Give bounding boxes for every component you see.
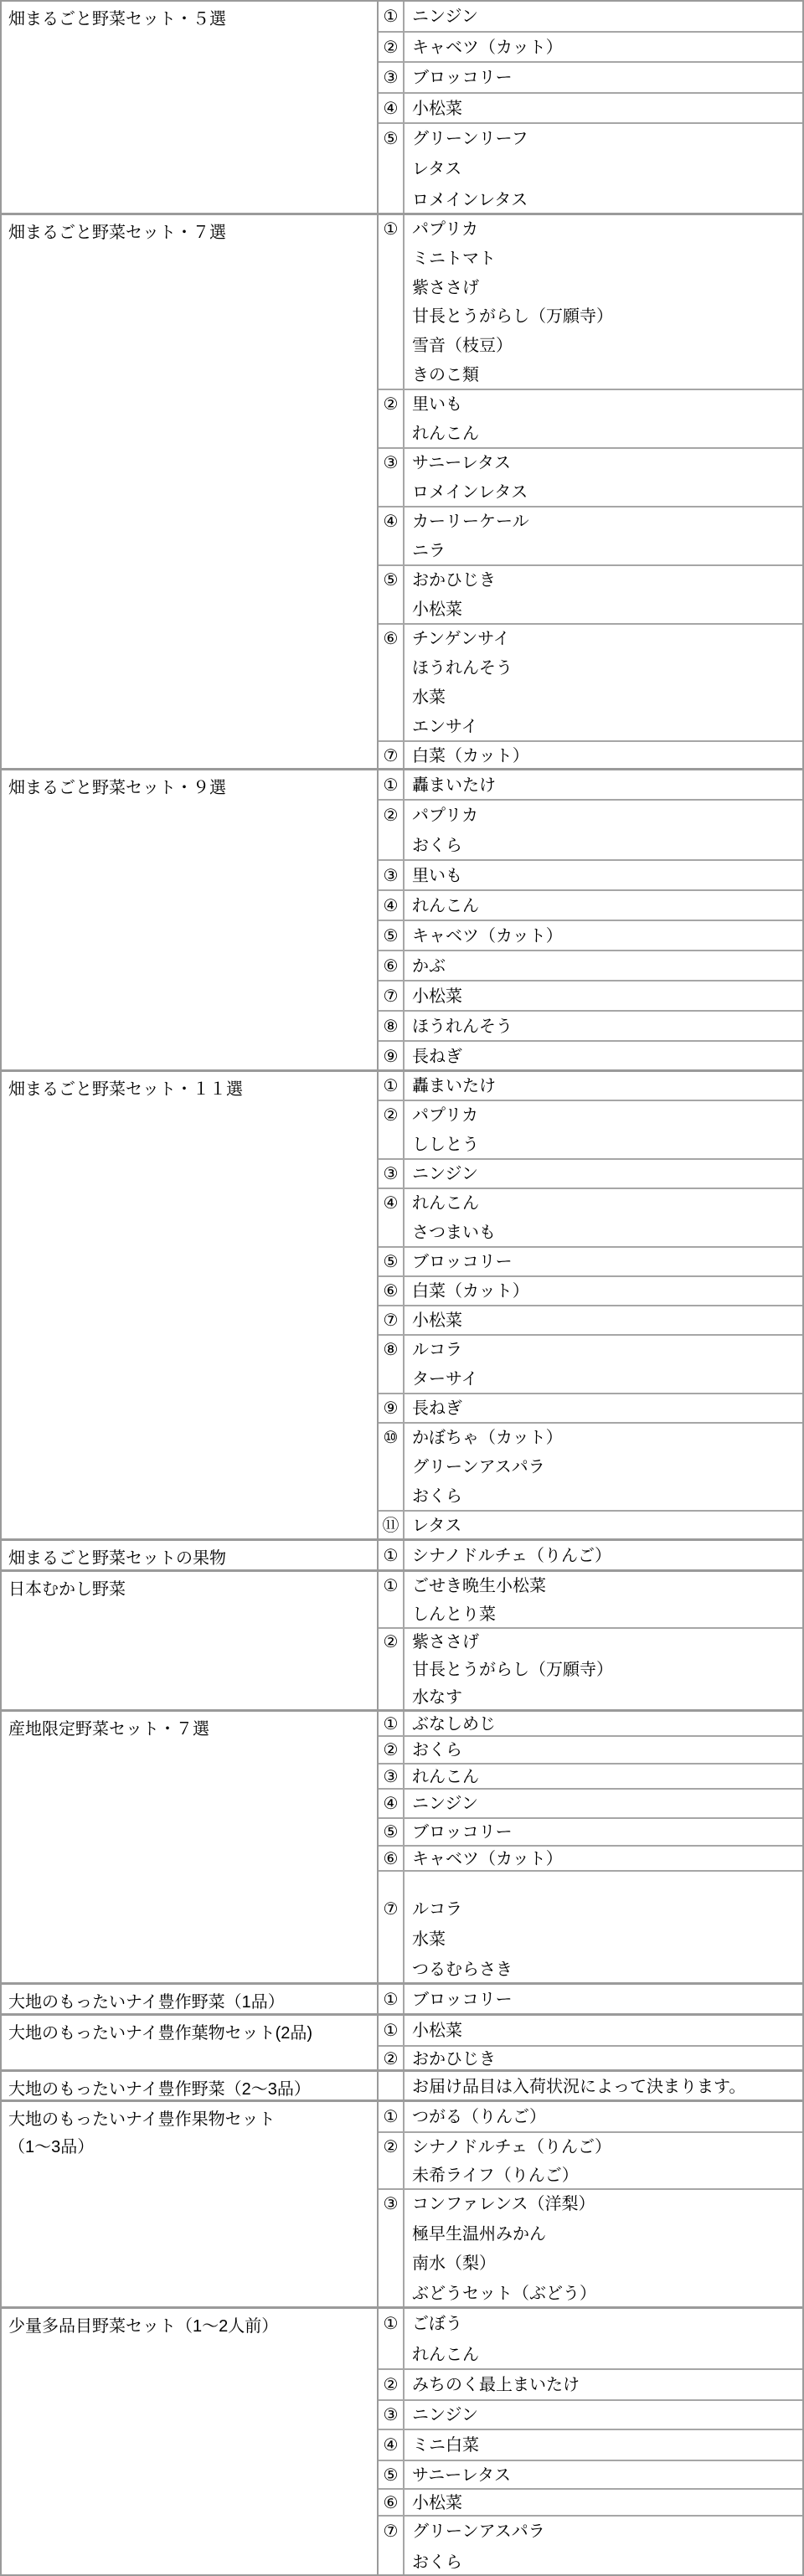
item-line: 南水（梨） <box>412 2249 797 2280</box>
item-line: 小松菜 <box>412 595 797 623</box>
item-line: ごせき晩生小松菜 <box>412 1572 797 1600</box>
item-number-badge: ③ <box>379 63 405 92</box>
item-group-row: ⑦グリーンアスパラおくら <box>379 2517 802 2576</box>
item-number-badge: ① <box>379 1541 405 1572</box>
item-line: 紫ささげ <box>412 274 797 303</box>
item-group-row: ②シナノドルチェ（りんご）未希ライフ（りんご） <box>379 2133 802 2190</box>
item-list-cell: グリーンアスパラおくら <box>405 2517 802 2576</box>
set-name-cell: 大地のもったいナイ豊作野菜（2～3品） <box>2 2072 379 2099</box>
item-list-cell: 小松菜 <box>405 2016 802 2045</box>
item-list-cell: おかひじき <box>405 2047 802 2072</box>
item-group-row: ⑧ルコラターサイ <box>379 1336 802 1394</box>
item-group-row: ①ニンジン <box>379 2 802 33</box>
item-line: かぶ <box>412 951 797 980</box>
item-group-row: ⑨長ねぎ <box>379 1042 802 1072</box>
item-group-row: ⑥かぶ <box>379 951 802 981</box>
item-group-row: ②おかひじき <box>379 2047 802 2072</box>
item-group-row: ⑧ほうれんそう <box>379 1012 802 1042</box>
item-list-cell: 長ねぎ <box>405 1394 802 1422</box>
item-group-row: ④ニンジン <box>379 1790 802 1819</box>
item-number-badge: ⑤ <box>379 124 405 215</box>
item-number-badge: ⑤ <box>379 1248 405 1275</box>
item-list-cell: グリーンリーフレタスロメインレタス <box>405 124 802 215</box>
set-section: 日本むかし野菜①ごせき晩生小松菜しんとり菜②紫ささげ甘長とうがらし（万願寺）水な… <box>2 1572 802 1712</box>
item-group-row: ①ごぼうれんこん <box>379 2309 802 2370</box>
item-line: さつまいも <box>412 1218 797 1246</box>
item-group-row: ⑪レタス <box>379 1512 802 1541</box>
item-list-cell: ミニ白菜 <box>405 2430 802 2460</box>
item-list-cell: ブロッコリー <box>405 1819 802 1845</box>
item-line: ぶなしめじ <box>412 1712 797 1735</box>
item-line: コンファレンス（洋梨） <box>412 2190 797 2220</box>
item-list-cell: コンファレンス（洋梨）極早生温州みかん南水（梨）ぶどうセット（ぶどう） <box>405 2190 802 2309</box>
item-number-badge: ① <box>379 1072 405 1100</box>
item-number-badge: ② <box>379 2047 405 2072</box>
item-group-row: ⑤おかひじき小松菜 <box>379 566 802 625</box>
item-number-badge: ④ <box>379 891 405 920</box>
item-line: ほうれんそう <box>412 654 797 683</box>
item-number-badge: ② <box>379 33 405 61</box>
item-line: ロメインレタス <box>412 478 797 506</box>
item-line: れんこん <box>412 891 797 920</box>
item-list-cell: サニーレタス <box>405 2461 802 2488</box>
item-line: 小松菜 <box>412 981 797 1010</box>
item-line: 未希ライフ（りんご） <box>412 2161 797 2188</box>
item-group-row: ①ごせき晩生小松菜しんとり菜 <box>379 1572 802 1629</box>
item-number-badge: ⑧ <box>379 1012 405 1040</box>
item-line: 水菜 <box>412 683 797 713</box>
item-list-cell: 轟まいたけ <box>405 1072 802 1100</box>
item-list-cell: かぼちゃ（カット）グリーンアスパラおくら <box>405 1424 802 1510</box>
item-line: ぶどうセット（ぶどう） <box>412 2280 797 2310</box>
item-number-badge: ① <box>379 2309 405 2368</box>
item-group-row: お届け品目は入荷状況によって決まります。 <box>379 2072 802 2102</box>
item-line: みちのく最上まいたけ <box>412 2370 797 2399</box>
item-list-cell: 長ねぎ <box>405 1042 802 1072</box>
item-list-cell: ブロッコリー <box>405 1248 802 1275</box>
item-list-cell: カーリーケールニラ <box>405 507 802 564</box>
item-line: ニンジン <box>412 2401 797 2429</box>
set-section: 畑まるごと野菜セットの果物①シナノドルチェ（りんご） <box>2 1541 802 1572</box>
item-groups: ①ごせき晩生小松菜しんとり菜②紫ささげ甘長とうがらし（万願寺）水なす <box>379 1572 802 1709</box>
item-line: サニーレタス <box>412 449 797 478</box>
item-line: れんこん <box>412 2340 797 2369</box>
item-list-cell: ブロッコリー <box>405 63 802 92</box>
set-name-cell: 少量多品目野菜セット（1～2人前） <box>2 2309 379 2576</box>
item-list-cell: キャベツ（カット） <box>405 921 802 950</box>
item-number-badge: ① <box>379 1572 405 1627</box>
item-group-row: ⑥小松菜 <box>379 2490 802 2517</box>
item-line: かぼちゃ（カット） <box>412 1424 797 1453</box>
item-number-badge: ⑤ <box>379 2461 405 2488</box>
item-group-row: ①轟まいたけ <box>379 770 802 801</box>
item-group-row: ⑥キャベツ（カット） <box>379 1847 802 1872</box>
item-group-row: ⑦白菜（カット） <box>379 742 802 770</box>
item-list-cell: ブロッコリー <box>405 1985 802 2016</box>
item-list-cell: サニーレタスロメインレタス <box>405 449 802 506</box>
item-number-badge: ③ <box>379 449 405 506</box>
item-line: ししとう <box>412 1131 797 1158</box>
item-line: おかひじき <box>412 566 797 595</box>
item-groups: ①小松菜②おかひじき <box>379 2016 802 2069</box>
item-list-cell: 白菜（カット） <box>405 742 802 770</box>
item-groups: お届け品目は入荷状況によって決まります。 <box>379 2072 802 2099</box>
item-group-row: ②パプリカししとう <box>379 1101 802 1160</box>
item-group-row: ③里いも <box>379 861 802 891</box>
item-line: ブロッコリー <box>412 1819 797 1845</box>
item-line: れんこん <box>412 1189 797 1218</box>
item-line: サニーレタス <box>412 2461 797 2488</box>
item-group-row: ⑨長ねぎ <box>379 1394 802 1424</box>
item-group-row: ①パプリカミニトマト紫ささげ甘長とうがらし（万願寺）雪音（枝豆）きのこ類 <box>379 215 802 390</box>
set-section: 大地のもったいナイ豊作野菜（1品）①ブロッコリー <box>2 1985 802 2016</box>
item-line: れんこん <box>412 420 797 447</box>
item-line: チンゲンサイ <box>412 625 797 654</box>
item-line: 甘長とうがらし（万願寺） <box>412 1656 797 1684</box>
item-group-row: ③ブロッコリー <box>379 63 802 94</box>
item-line: おかひじき <box>412 2047 797 2072</box>
item-list-cell: れんこん <box>405 1765 802 1788</box>
item-list-cell: おくら <box>405 1737 802 1763</box>
item-group-row: ⑤グリーンリーフレタスロメインレタス <box>379 124 802 215</box>
item-list-cell: パプリカミニトマト紫ささげ甘長とうがらし（万願寺）雪音（枝豆）きのこ類 <box>405 215 802 389</box>
item-list-cell: お届け品目は入荷状況によって決まります。 <box>405 2072 802 2102</box>
item-line: おくら <box>412 1482 797 1510</box>
set-section: 畑まるごと野菜セット・９選①轟まいたけ②パプリカおくら③里いも④れんこん⑤キャベ… <box>2 770 802 1072</box>
item-groups: ①ぶなしめじ②おくら③れんこん④ニンジン⑤ブロッコリー⑥キャベツ（カット）⑦ルコ… <box>379 1712 802 1982</box>
set-name-cell: 大地のもったいナイ豊作葉物セット(2品) <box>2 2016 379 2069</box>
item-list-cell: ニンジン <box>405 2 802 31</box>
item-list-cell: ごせき晩生小松菜しんとり菜 <box>405 1572 802 1627</box>
item-group-row: ⑦ルコラ水菜つるむらさき <box>379 1872 802 1985</box>
item-list-cell: チンゲンサイほうれんそう水菜エンサイ <box>405 625 802 740</box>
item-number-badge: ① <box>379 2016 405 2045</box>
item-line: レタス <box>412 1512 797 1541</box>
item-number-badge: ④ <box>379 2430 405 2460</box>
item-line: キャベツ（カット） <box>412 921 797 950</box>
item-list-cell: 紫ささげ甘長とうがらし（万願寺）水なす <box>405 1629 802 1712</box>
item-number-badge: ② <box>379 390 405 447</box>
item-number-badge: ⑤ <box>379 1819 405 1845</box>
item-line: ロメインレタス <box>412 185 797 215</box>
set-name-cell: 畑まるごと野菜セット・９選 <box>2 770 379 1069</box>
item-line: 白菜（カット） <box>412 742 797 770</box>
item-groups: ①ごぼうれんこん②みちのく最上まいたけ③ニンジン④ミニ白菜⑤サニーレタス⑥小松菜… <box>379 2309 802 2576</box>
item-number-badge: ② <box>379 2370 405 2399</box>
item-line: ミニトマト <box>412 245 797 274</box>
set-section: 産地限定野菜セット・７選①ぶなしめじ②おくら③れんこん④ニンジン⑤ブロッコリー⑥… <box>2 1712 802 1985</box>
item-line: 小松菜 <box>412 2490 797 2515</box>
set-name-cell: 産地限定野菜セット・７選 <box>2 1712 379 1982</box>
item-list-cell: ニンジン <box>405 1790 802 1817</box>
item-number-badge: ④ <box>379 1189 405 1246</box>
item-group-row: ④れんこんさつまいも <box>379 1189 802 1248</box>
item-line: ニンジン <box>412 1790 797 1817</box>
item-line: カーリーケール <box>412 507 797 537</box>
item-line: 轟まいたけ <box>412 770 797 799</box>
item-group-row: ①ぶなしめじ <box>379 1712 802 1737</box>
item-number-badge: ⑥ <box>379 951 405 980</box>
item-list-cell: ニンジン <box>405 1160 802 1188</box>
set-name-cell: 大地のもったいナイ豊作野菜（1品） <box>2 1985 379 2013</box>
item-number-badge: ④ <box>379 94 405 122</box>
set-name-cell: 日本むかし野菜 <box>2 1572 379 1709</box>
set-section: 大地のもったいナイ豊作葉物セット(2品)①小松菜②おかひじき <box>2 2016 802 2072</box>
item-number-badge: ⑦ <box>379 1306 405 1334</box>
item-line: ルコラ <box>412 1336 797 1365</box>
item-line: ブロッコリー <box>412 1985 797 2016</box>
item-group-row: ③ニンジン <box>379 1160 802 1189</box>
set-name-cell: 大地のもったいナイ豊作果物セット （1～3品） <box>2 2102 379 2306</box>
item-number-badge: ⑧ <box>379 1336 405 1393</box>
item-line: グリーンアスパラ <box>412 2517 797 2548</box>
item-number-badge: ⑥ <box>379 1277 405 1305</box>
item-line: ニラ <box>412 537 797 564</box>
item-group-row: ③コンファレンス（洋梨）極早生温州みかん南水（梨）ぶどうセット（ぶどう） <box>379 2190 802 2309</box>
item-group-row: ③サニーレタスロメインレタス <box>379 449 802 507</box>
item-line: キャベツ（カット） <box>412 33 797 61</box>
item-line: 水菜 <box>412 1924 797 1955</box>
item-number-badge <box>379 2072 405 2102</box>
item-list-cell: パプリカおくら <box>405 801 802 859</box>
item-list-cell: レタス <box>405 1512 802 1541</box>
item-group-row: ①小松菜 <box>379 2016 802 2047</box>
item-line: シナノドルチェ（りんご） <box>412 2133 797 2161</box>
set-section: 畑まるごと野菜セット・５選①ニンジン②キャベツ（カット）③ブロッコリー④小松菜⑤… <box>2 2 802 215</box>
item-line: しんとり菜 <box>412 1600 797 1627</box>
item-line: ごぼう <box>412 2309 797 2340</box>
item-line: きのこ類 <box>412 361 797 389</box>
item-list-cell: ほうれんそう <box>405 1012 802 1040</box>
item-groups: ①パプリカミニトマト紫ささげ甘長とうがらし（万願寺）雪音（枝豆）きのこ類②里いも… <box>379 215 802 768</box>
item-list-cell: ニンジン <box>405 2401 802 2429</box>
item-line: レタス <box>412 154 797 184</box>
item-list-cell: みちのく最上まいたけ <box>405 2370 802 2399</box>
set-section: 少量多品目野菜セット（1～2人前）①ごぼうれんこん②みちのく最上まいたけ③ニンジ… <box>2 2309 802 2576</box>
item-list-cell: かぶ <box>405 951 802 980</box>
item-group-row: ③れんこん <box>379 1765 802 1790</box>
item-line: ニンジン <box>412 1160 797 1188</box>
set-section: 大地のもったいナイ豊作野菜（2～3品）お届け品目は入荷状況によって決まります。 <box>2 2072 802 2102</box>
item-number-badge: ⑥ <box>379 1847 405 1870</box>
item-group-row: ②パプリカおくら <box>379 801 802 861</box>
item-line: ルコラ <box>412 1894 797 1924</box>
item-number-badge: ③ <box>379 1160 405 1188</box>
item-line: ニンジン <box>412 2 797 31</box>
set-name-cell: 畑まるごと野菜セットの果物 <box>2 1541 379 1569</box>
item-number-badge: ① <box>379 2102 405 2131</box>
item-line: 小松菜 <box>412 2016 797 2045</box>
item-line: お届け品目は入荷状況によって決まります。 <box>412 2072 797 2102</box>
item-group-row: ⑩かぼちゃ（カット）グリーンアスパラおくら <box>379 1424 802 1512</box>
set-name-cell: 畑まるごと野菜セット・７選 <box>2 215 379 768</box>
item-list-cell: キャベツ（カット） <box>405 33 802 61</box>
item-line: 白菜（カット） <box>412 1277 797 1305</box>
item-number-badge: ⑥ <box>379 625 405 740</box>
item-line: 小松菜 <box>412 94 797 122</box>
item-number-badge: ⑩ <box>379 1424 405 1510</box>
item-list-cell: 白菜（カット） <box>405 1277 802 1305</box>
item-number-badge: ⑥ <box>379 2490 405 2515</box>
item-number-badge: ① <box>379 1985 405 2016</box>
item-line: 長ねぎ <box>412 1394 797 1422</box>
item-group-row: ⑦小松菜 <box>379 981 802 1012</box>
item-line: 里いも <box>412 861 797 889</box>
item-list-cell: 轟まいたけ <box>405 770 802 799</box>
item-list-cell: ごぼうれんこん <box>405 2309 802 2368</box>
item-number-badge: ④ <box>379 1790 405 1817</box>
item-number-badge: ② <box>379 1737 405 1763</box>
item-line: 里いも <box>412 390 797 420</box>
item-line: おくら <box>412 1737 797 1763</box>
set-name-cell: 畑まるごと野菜セット・１１選 <box>2 1072 379 1538</box>
item-list-cell: キャベツ（カット） <box>405 1847 802 1870</box>
item-group-row: ②キャベツ（カット） <box>379 33 802 63</box>
item-group-row: ④ミニ白菜 <box>379 2430 802 2461</box>
item-number-badge: ⑦ <box>379 742 405 770</box>
item-number-badge: ③ <box>379 861 405 889</box>
item-group-row: ⑤ブロッコリー <box>379 1248 802 1277</box>
item-line: 轟まいたけ <box>412 1072 797 1100</box>
item-number-badge: ⑪ <box>379 1512 405 1541</box>
item-line: ブロッコリー <box>412 63 797 92</box>
item-number-badge: ⑦ <box>379 2517 405 2576</box>
item-number-badge: ① <box>379 1712 405 1735</box>
item-number-badge: ② <box>379 1101 405 1158</box>
set-section: 大地のもったいナイ豊作果物セット （1～3品）①つがる（りんご）②シナノドルチェ… <box>2 2102 802 2309</box>
item-group-row: ⑤サニーレタス <box>379 2461 802 2490</box>
item-line: グリーンリーフ <box>412 124 797 154</box>
item-number-badge: ⑨ <box>379 1042 405 1072</box>
item-number-badge: ③ <box>379 2190 405 2309</box>
item-list-cell: 小松菜 <box>405 2490 802 2515</box>
item-number-badge: ③ <box>379 1765 405 1788</box>
item-list-cell: ぶなしめじ <box>405 1712 802 1735</box>
item-list-cell: つがる（りんご） <box>405 2102 802 2131</box>
item-number-badge: ⑦ <box>379 1872 405 1985</box>
item-groups: ①轟まいたけ②パプリカししとう③ニンジン④れんこんさつまいも⑤ブロッコリー⑥白菜… <box>379 1072 802 1538</box>
item-list-cell: おかひじき小松菜 <box>405 566 802 623</box>
vegetable-set-table: 畑まるごと野菜セット・５選①ニンジン②キャベツ（カット）③ブロッコリー④小松菜⑤… <box>0 0 804 2576</box>
item-group-row: ①ブロッコリー <box>379 1985 802 2016</box>
item-line: キャベツ（カット） <box>412 1847 797 1870</box>
set-section: 畑まるごと野菜セット・７選①パプリカミニトマト紫ささげ甘長とうがらし（万願寺）雪… <box>2 215 802 770</box>
item-line: 小松菜 <box>412 1306 797 1334</box>
item-line: ミニ白菜 <box>412 2430 797 2460</box>
item-list-cell: 小松菜 <box>405 981 802 1010</box>
item-line: おくら <box>412 2548 797 2576</box>
item-list-cell: れんこんさつまいも <box>405 1189 802 1246</box>
item-list-cell: シナノドルチェ（りんご）未希ライフ（りんご） <box>405 2133 802 2188</box>
item-number-badge: ② <box>379 2133 405 2188</box>
item-line: ターサイ <box>412 1365 797 1393</box>
item-line: 極早生温州みかん <box>412 2220 797 2250</box>
item-group-row: ②おくら <box>379 1737 802 1765</box>
item-groups: ①轟まいたけ②パプリカおくら③里いも④れんこん⑤キャベツ（カット）⑥かぶ⑦小松菜… <box>379 770 802 1069</box>
set-section: 畑まるごと野菜セット・１１選①轟まいたけ②パプリカししとう③ニンジン④れんこんさ… <box>2 1072 802 1541</box>
item-group-row: ⑤キャベツ（カット） <box>379 921 802 951</box>
item-line: つがる（りんご） <box>412 2102 797 2131</box>
item-number-badge: ④ <box>379 507 405 564</box>
item-group-row: ⑤ブロッコリー <box>379 1819 802 1847</box>
item-group-row: ③ニンジン <box>379 2401 802 2430</box>
item-group-row: ④カーリーケールニラ <box>379 507 802 566</box>
item-group-row: ⑦小松菜 <box>379 1306 802 1336</box>
item-number-badge: ① <box>379 215 405 389</box>
item-group-row: ⑥チンゲンサイほうれんそう水菜エンサイ <box>379 625 802 742</box>
item-group-row: ①シナノドルチェ（りんご） <box>379 1541 802 1572</box>
item-number-badge: ② <box>379 801 405 859</box>
item-group-row: ②里いもれんこん <box>379 390 802 449</box>
item-number-badge: ⑤ <box>379 921 405 950</box>
item-groups: ①シナノドルチェ（りんご） <box>379 1541 802 1569</box>
item-list-cell: 里いも <box>405 861 802 889</box>
item-line: シナノドルチェ（りんご） <box>412 1541 797 1572</box>
item-line: ほうれんそう <box>412 1012 797 1040</box>
item-number-badge: ① <box>379 2 405 31</box>
item-groups: ①つがる（りんご）②シナノドルチェ（りんご）未希ライフ（りんご）③コンファレンス… <box>379 2102 802 2306</box>
item-number-badge: ⑦ <box>379 981 405 1010</box>
item-groups: ①ニンジン②キャベツ（カット）③ブロッコリー④小松菜⑤グリーンリーフレタスロメイ… <box>379 2 802 213</box>
item-line: れんこん <box>412 1765 797 1788</box>
item-line: 長ねぎ <box>412 1042 797 1072</box>
item-number-badge: ⑤ <box>379 566 405 623</box>
item-groups: ①ブロッコリー <box>379 1985 802 2013</box>
item-number-badge: ③ <box>379 2401 405 2429</box>
item-group-row: ②紫ささげ甘長とうがらし（万願寺）水なす <box>379 1629 802 1712</box>
item-list-cell: ルコラ水菜つるむらさき <box>405 1872 802 1985</box>
item-number-badge: ⑨ <box>379 1394 405 1422</box>
item-line: パプリカ <box>412 215 797 245</box>
item-group-row: ①轟まいたけ <box>379 1072 802 1101</box>
item-line: 雪音（枝豆） <box>412 332 797 361</box>
item-line: 紫ささげ <box>412 1629 797 1656</box>
item-line: 甘長とうがらし（万願寺） <box>412 302 797 332</box>
item-line: パプリカ <box>412 1101 797 1131</box>
item-group-row: ④小松菜 <box>379 94 802 124</box>
set-name-cell: 畑まるごと野菜セット・５選 <box>2 2 379 213</box>
item-group-row: ④れんこん <box>379 891 802 921</box>
item-list-cell: パプリカししとう <box>405 1101 802 1158</box>
item-list-cell: シナノドルチェ（りんご） <box>405 1541 802 1572</box>
item-group-row: ②みちのく最上まいたけ <box>379 2370 802 2401</box>
item-list-cell: 小松菜 <box>405 94 802 122</box>
item-line: エンサイ <box>412 713 797 740</box>
item-line: つるむらさき <box>412 1955 797 1985</box>
item-list-cell: れんこん <box>405 891 802 920</box>
item-line: おくら <box>412 831 797 859</box>
item-group-row: ①つがる（りんご） <box>379 2102 802 2133</box>
item-line: グリーンアスパラ <box>412 1453 797 1482</box>
item-group-row: ⑥白菜（カット） <box>379 1277 802 1306</box>
item-number-badge: ② <box>379 1629 405 1712</box>
item-list-cell: ルコラターサイ <box>405 1336 802 1393</box>
item-line: パプリカ <box>412 801 797 831</box>
item-list-cell: 里いもれんこん <box>405 390 802 447</box>
item-number-badge: ① <box>379 770 405 799</box>
item-list-cell: 小松菜 <box>405 1306 802 1334</box>
item-line: ブロッコリー <box>412 1248 797 1275</box>
item-line: 水なす <box>412 1684 797 1712</box>
